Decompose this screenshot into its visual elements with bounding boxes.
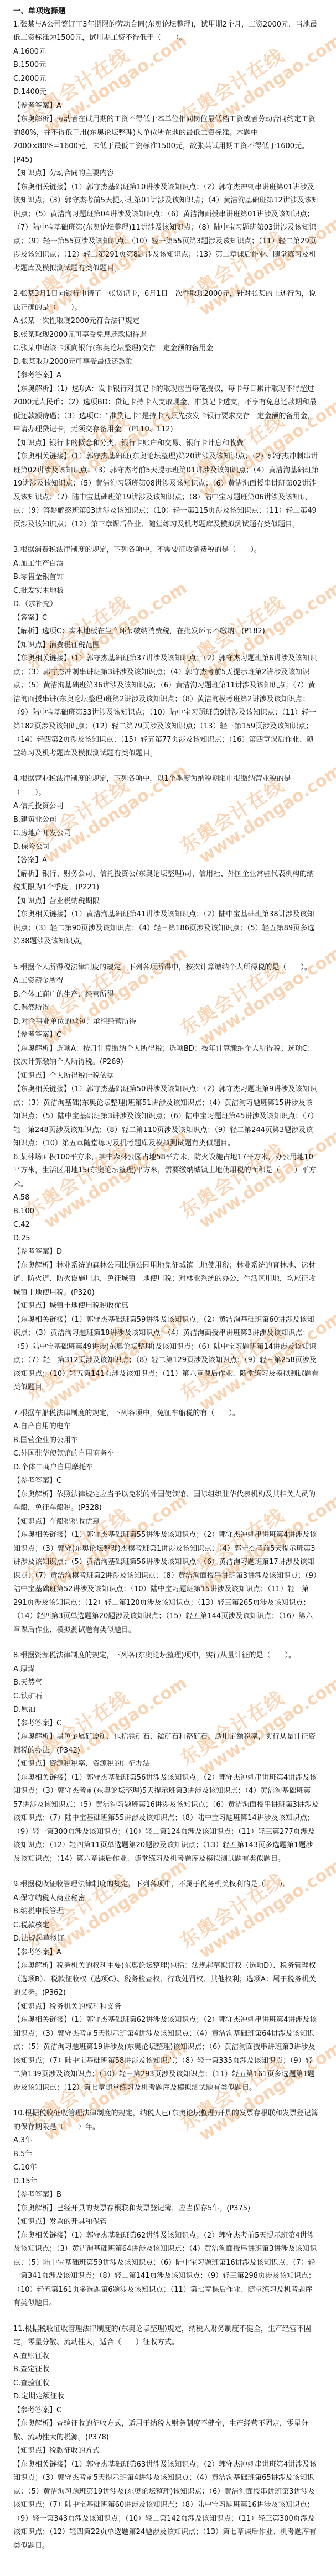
answer: 【参考答案】D (13, 1245, 319, 1259)
question-8: 8.根据资源税法律制度的规定，下列各(东奥论坛整理)项中，实行从量计征的是（ ）… (13, 1649, 319, 1866)
explanation: 【东奥解析】已经开具的发票存根联和发票登记簿，应当保存5年。(P375) (13, 2202, 319, 2216)
option-d: D.张某取现2000元可享受最低还款额 (13, 356, 319, 369)
option-b: B.建筑业公司 (13, 814, 319, 827)
question-1: 1.张某与A公司签订了3年期限的劳动合同(东奥论坛整理)，试用期2个月，工资20… (13, 18, 319, 276)
knowledge-point: 【知识点】车船税税收优惠 (13, 1515, 319, 1529)
knowledge-point: 【知识点】劳动合同的主要内容 (13, 167, 319, 181)
question-7: 7.根据车船税法律制度的规定，下列各项中，免征车船税的有（ ）。 A.自产自用的… (13, 1407, 319, 1638)
option-b: B.100 (13, 1205, 319, 1219)
answer: 【答案】C (13, 612, 319, 625)
answer: 【参考答案】A (13, 100, 319, 113)
option-b: B.国营企业的公用车 (13, 1434, 319, 1448)
explanation: 【东奥解析】黑色金属矿原矿，包括铁矿石、锰矿石和铬矿石。适用定额税率，实行从量计… (13, 1730, 319, 1758)
option-c: C.铁矿石 (13, 1690, 319, 1704)
answer: 【参考答案】A (13, 1946, 319, 1960)
option-d: D.原油 (13, 1703, 319, 1717)
option-c: C.张某申请该卡须向银行(东奥论坛整理)交存一定金额的备用金 (13, 342, 319, 356)
option-b: B.张某取现2000元可享受免息还款期待遇 (13, 328, 319, 342)
related-links: 【东奥相关链接】（1）黄洁洵基础班第41讲涉及该知识点；（2）陆中宝基础班第38… (13, 908, 319, 949)
question-stem: 6.某林场面积100平方米，其中森林公园占地58平方米，防火设施占地17平方米，… (13, 1151, 319, 1192)
option-c: C.外国驻华使领馆的自用商务车 (13, 1447, 319, 1461)
section-title: 一、单项选择题 (13, 4, 319, 18)
question-stem: 10.根据税收征收管理法律制度的规定，纳税人已(东奥论坛整理)开具的发票存根联和… (13, 2107, 319, 2134)
question-list: 1.张某与A公司签订了3年期限的劳动合同(东奥论坛整理)，试用期2个月，工资20… (13, 18, 319, 2553)
question-stem: 1.张某与A公司签订了3年期限的劳动合同(东奥论坛整理)，试用期2个月，工资20… (13, 18, 319, 45)
explanation: 【解析】选项C：实木地板在生产环节缴纳消费税，在批发环节不缴纳。(P182) (13, 625, 319, 639)
question-stem: 11.根据税收征收管理法律制度的(东奥论坛整理)规定，纳税人财务制度不健全，生产… (13, 2323, 319, 2350)
question-6: 6.某林场面积100平方米，其中森林公园占地58平方米，防火设施占地17平方米，… (13, 1151, 319, 1395)
option-b: B.零售金银首饰 (13, 571, 319, 585)
explanation: 【东奥解析】选项A：按月计算缴纳个人所得税；选项BD：按年计算缴纳个人所得税；选… (13, 1042, 319, 1070)
option-b: B.纳税申报管理 (13, 1905, 319, 1919)
answer: 【参考答案】C (13, 2404, 319, 2418)
question-4: 4.根据营业税法律制度的规定，下列各项中，以1个季度为纳税期限申报缴纳营业税的是… (13, 773, 319, 949)
explanation: 【东奥解析】税务机关的权利主要(东奥论坛整理)包括：法规起草拟订权（选项D）、税… (13, 1959, 319, 2000)
question-stem: 8.根据资源税法律制度的规定，下列各(东奥论坛整理)项中，实行从量计征的是（ ）… (13, 1649, 319, 1663)
option-d: D.个体工商户自用摩托车 (13, 1461, 319, 1475)
option-c: C.批发实木地板 (13, 585, 319, 598)
option-c: C.10年 (13, 2161, 319, 2175)
option-a: A.张某一次性取现2000元符合法律规定 (13, 315, 319, 328)
related-links: 【东奥相关链接】（1）郭守杰基础班第10讲涉及该知识点；（2）郭守杰冲刺串讲班第… (13, 181, 319, 276)
option-a: A.58 (13, 1191, 319, 1205)
option-d: D.定期定额征收 (13, 2390, 319, 2404)
option-a: A.加工生产白酒 (13, 557, 319, 571)
option-a: A.保守纳税人商业秘密 (13, 1892, 319, 1906)
explanation: 【东奥解析】依照法律规定应当予以免税的外国使领馆、国际组织驻华代表机构及其相关人… (13, 1488, 319, 1515)
knowledge-point: 【知识点】税款征收的方式 (13, 2444, 319, 2458)
question-stem: 9.根据税收征收管理法律制度的规定，下列各项中，不属于税务机关权利的是（ ）。 (13, 1878, 319, 1892)
question-5: 5.根据个人所得税法律制度的规定，下列各项所得中，按次计算缴纳个人所得税的是（ … (13, 961, 319, 1151)
question-stem: 3.根据消费税法律制度的规定，下列各项中，不需要征收消费税的是（ ）。 (13, 544, 319, 557)
question-stem: 4.根据营业税法律制度的规定，下列各项中，以1个季度为纳税期限申报缴纳营业税的是… (13, 773, 319, 800)
answer: 【参考答案】A (13, 369, 319, 383)
knowledge-point: 【知识点】城镇土地使用税税收优惠 (13, 1300, 319, 1313)
option-b: B.个体工商户的生产、经营所得 (13, 988, 319, 1002)
option-c: C.房地产开发公司 (13, 827, 319, 841)
option-b: B.天然气 (13, 1676, 319, 1690)
question-stem: 2.张某3月1日向银行申请了一张贷记卡，6月1日一次性取现2000元，针对张某的… (13, 288, 319, 315)
question-11: 11.根据税收征收管理法律制度的(东奥论坛整理)规定，纳税人财务制度不健全，生产… (13, 2323, 319, 2553)
option-d: D.25 (13, 1232, 319, 1246)
option-a: A.信托投资公司 (13, 800, 319, 814)
option-a: A.3年 (13, 2134, 319, 2148)
option-a: A.1600元 (13, 45, 319, 59)
related-links: 【东奥相关链接】（1）郭守杰基础班第62讲涉及该知识点；（2）郭守杰冲刺串讲班第… (13, 2014, 319, 2095)
knowledge-point: 【知识点】消费税征税范围 (13, 639, 319, 653)
question-2: 2.张某3月1日向银行申请了一张贷记卡，6月1日一次性取现2000元，针对张某的… (13, 288, 319, 531)
option-d: D.保险公司 (13, 841, 319, 854)
option-d: D.（求补充） (13, 598, 319, 612)
related-links: 【东奥相关链接】（1）郭守杰基础班第56讲涉及该知识点；（2）郭守杰冲刺串讲班第… (13, 1771, 319, 1866)
knowledge-point: 【知识点】银行卡的概念和分类、银行卡账户和交易、银行卡计息和收费 (13, 437, 319, 451)
related-links: 【东奥相关链接】（1）郭守杰基础班第37讲涉及该知识点；（2）郭守杰习题班第6讲… (13, 652, 319, 760)
question-stem: 5.根据个人所得税法律制度的规定，下列各项所得中，按次计算缴纳个人所得税的是（ … (13, 961, 319, 975)
option-d: D.15年 (13, 2175, 319, 2189)
answer: 【参考答案】C (13, 1717, 319, 1731)
knowledge-point: 【知识点】个人所得税计税依据 (13, 1070, 319, 1083)
related-links: 【东奥相关链接】（1）郭守杰基础班第62讲涉及该知识点；（2）郭守杰考前5天提示… (13, 2229, 319, 2311)
explanation: 【东奥解析】林业系统的森林公园比照公园用地免征城镇土地使用税；林业系统的育林地、… (13, 1259, 319, 1300)
option-b: B.查定征收 (13, 2363, 319, 2377)
knowledge-point: 【知识点】资源税税率、资源税的计征办法 (13, 1758, 319, 1771)
option-a: A.原煤 (13, 1663, 319, 1677)
option-c: C.42 (13, 1218, 319, 1232)
related-links: 【东奥相关链接】（1）郭守杰基础班第63讲涉及该知识点；（2）郭守杰冲刺串讲班第… (13, 2458, 319, 2553)
related-links: 【东奥相关链接】（1）郭守杰基础班第59讲涉及该知识点；（2）黄洁洵基础班第60… (13, 1313, 319, 1395)
knowledge-point: 【知识点】税务机关的权利和义务 (13, 2000, 319, 2014)
option-d: D.法规起草拟订 (13, 1932, 319, 1946)
answer: 【答案】A (13, 854, 319, 868)
option-a: A.自产自用的电车 (13, 1420, 319, 1434)
option-d: D.对企事业单位的承包、承租经营所得 (13, 1015, 319, 1029)
knowledge-point: 【知识点】发票的开具和保管 (13, 2215, 319, 2229)
related-links: 【东奥相关链接】（1）郭守杰基础班第50讲涉及该知识点；（2）郭守杰习题班第9讲… (13, 1083, 319, 1151)
option-c: C.税款核定 (13, 1919, 319, 1933)
explanation: 【东奥解析】劳动者在试用期的工资不得低于本单位相同岗位最低档工资或者劳动合同约定… (13, 113, 319, 167)
question-9: 9.根据税收征收管理法律制度的规定，下列各项中，不属于税务机关权利的是（ ）。 … (13, 1878, 319, 2095)
option-a: A.查账征收 (13, 2350, 319, 2364)
option-c: C.偶然所得 (13, 1002, 319, 1015)
option-b: B.5年 (13, 2148, 319, 2162)
explanation: 【东奥解析】查验征收的征收方式，适用于纳税人财务制度不健全，生产经营不固定，零星… (13, 2417, 319, 2444)
question-10: 10.根据税收征收管理法律制度的规定，纳税人已(东奥论坛整理)开具的发票存根联和… (13, 2107, 319, 2311)
related-links: 【东奥相关链接】（1）郭守杰基础班(东奥论坛整理)第20讲涉及该知识点；（2）郭… (13, 450, 319, 531)
option-a: A.工资薪金所得 (13, 974, 319, 988)
explanation: 【东奥解析】（1）选项A：发卡银行对贷记卡的取现应当每笔授权，每卡每日累计取现不… (13, 383, 319, 437)
document: 一、单项选择题 1.张某与A公司签订了3年期限的劳动合同(东奥论坛整理)，试用期… (0, 0, 336, 2576)
related-links: 【东奥相关链接】（1）郭守杰基础班第55讲涉及该知识点；（2）郭守杰冲刺串讲班第… (13, 1529, 319, 1637)
question-stem: 7.根据车船税法律制度的规定，下列各项中，免征车船税的有（ ）。 (13, 1407, 319, 1421)
option-b: B.1500元 (13, 59, 319, 72)
option-c: C.查验征收 (13, 2377, 319, 2391)
knowledge-point: 【知识点】营业税纳税期限 (13, 895, 319, 909)
option-c: C.2000元 (13, 72, 319, 86)
question-3: 3.根据消费税法律制度的规定，下列各项中，不需要征收消费税的是（ ）。 A.加工… (13, 544, 319, 760)
answer: 【参考答案】C (13, 1474, 319, 1488)
answer: 【参考答案】B (13, 2188, 319, 2202)
option-d: D.1400元 (13, 86, 319, 100)
explanation: 【解析】银行、财务公司、信托投资公(东奥论坛整理)司、信用社、外国企业常驻代表机… (13, 868, 319, 895)
answer: 【参考答案】C (13, 1029, 319, 1042)
